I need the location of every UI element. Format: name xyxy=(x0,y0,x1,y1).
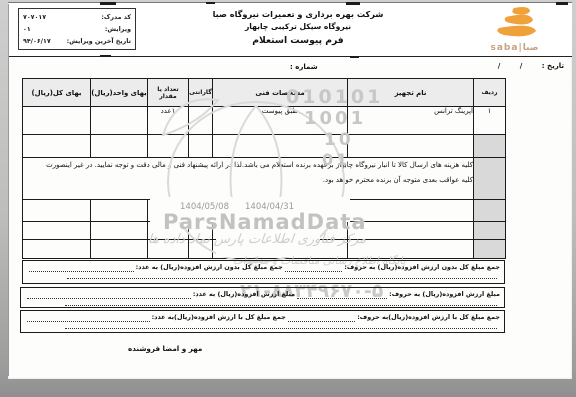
dotted-fill xyxy=(297,292,387,299)
scanned-inquiry-form: { "header": { "codes": { "doc_code_label… xyxy=(0,0,576,397)
note-line-1: کلیه هزینه های ارسال کالا تا انبار نیروگ… xyxy=(23,158,473,173)
dotted-fill xyxy=(65,300,497,306)
doc-codes-box: کد مدرک: ۷۰۷۰۱۷ ویرایش: ۰۱ تاریخ آخرین و… xyxy=(18,8,136,50)
scan-mark xyxy=(350,56,359,58)
item-row-number: ۱ xyxy=(474,107,506,135)
note-line-2: کلیه عواقب بعدی متوجه آن برنده محترم خوا… xyxy=(23,173,473,188)
col-row-number: ردیف xyxy=(474,79,506,107)
table-row xyxy=(23,135,506,158)
total-with-vat-words-label: جمع مبلغ کل با ارزش افزوده(ریال)به حروف: xyxy=(357,313,500,322)
scan-mark xyxy=(100,2,116,5)
table-row: ۱ اپرینگ ترانس طبق پیوست ۱عدد xyxy=(23,107,506,135)
doc-code-label: کد مدرک: xyxy=(101,12,131,24)
plant-name: نیروگاه سیکل ترکیبی چابهار xyxy=(148,22,448,31)
col-equipment-name: نام تجهیز xyxy=(348,79,474,107)
total-with-vat-box: جمع مبلغ کل با ارزش افزوده(ریال)به حروف:… xyxy=(20,310,505,333)
dotted-fill xyxy=(288,315,355,322)
item-tech-spec: طبق پیوست xyxy=(213,107,348,135)
item-total-price xyxy=(23,107,91,135)
total-without-vat-words-label: جمع مبلغ کل بدون ارزش افزوده(ریال) به حر… xyxy=(344,263,500,272)
saba-wordmark: saba|صبا xyxy=(467,43,562,53)
dotted-fill xyxy=(65,323,497,329)
item-equipment-name: اپرینگ ترانس xyxy=(348,107,474,135)
col-quantity: تعداد یا مقدار xyxy=(148,79,189,107)
revision-label: ویرایش: xyxy=(105,24,131,36)
dotted-fill xyxy=(29,265,134,272)
number-field: شماره : xyxy=(290,63,318,71)
table-header-row: ردیف نام تجهیز مشخصات فنی گارانتی تعداد … xyxy=(23,79,506,107)
scan-mark xyxy=(346,2,360,5)
seller-signature-label: مهر و امضا فروشنده xyxy=(128,344,202,353)
vat-digits-label: مبلغ ارزش افزوده(ریال) به عدد: xyxy=(193,290,295,299)
scan-edge-line xyxy=(8,4,9,376)
item-quantity: ۱عدد xyxy=(148,107,189,135)
dotted-fill xyxy=(67,273,497,279)
date-field: تاریخ : / / xyxy=(448,62,564,70)
items-table: ردیف نام تجهیز مشخصات فنی گارانتی تعداد … xyxy=(22,78,506,259)
doc-code-value: ۷۰۷۰۱۷ xyxy=(23,12,46,24)
col-unit-price: بهای واحد(ریال) xyxy=(91,79,148,107)
total-without-vat-box: جمع مبلغ کل بدون ارزش افزوده(ریال) به حر… xyxy=(22,260,505,284)
item-warranty xyxy=(189,107,213,135)
total-without-vat-digits-label: جمع مبلغ کل بدون ارزش افزوده(ریال) به عد… xyxy=(136,263,283,272)
col-tech-specs: مشخصات فنی xyxy=(213,79,348,107)
scan-mark xyxy=(206,2,215,4)
shipping-note: کلیه هزینه های ارسال کالا تا انبار نیروگ… xyxy=(23,158,474,200)
last-revision-value: ۹۴/۰۶/۱۷ xyxy=(23,36,51,48)
form-header: کد مدرک: ۷۰۷۰۱۷ ویرایش: ۰۱ تاریخ آخرین و… xyxy=(8,2,572,57)
col-total-price: بهای کل(ریال) xyxy=(23,79,91,107)
table-row xyxy=(23,240,506,259)
col-warranty: گارانتی xyxy=(189,79,213,107)
item-unit-price xyxy=(91,107,148,135)
dotted-fill xyxy=(27,315,150,322)
scan-mark xyxy=(556,2,568,5)
table-row xyxy=(23,200,506,222)
note-row: کلیه هزینه های ارسال کالا تا انبار نیروگ… xyxy=(23,158,506,200)
revision-value: ۰۱ xyxy=(23,24,31,36)
scan-mark xyxy=(100,55,111,57)
dotted-fill xyxy=(27,292,191,299)
last-revision-label: تاریخ آخرین ویرایش: xyxy=(67,36,131,48)
company-name: شرکت بهره برداری و تعمیرات نیروگاه صبا xyxy=(148,9,448,19)
header-titles: شرکت بهره برداری و تعمیرات نیروگاه صبا ن… xyxy=(148,6,448,46)
vat-words-label: مبلغ ارزش افزوده(ریال) به حروف: xyxy=(389,290,500,299)
total-with-vat-digits-label: جمع مبلغ کل با ارزش افزوده(ریال)به عدد: xyxy=(152,313,286,322)
form-title: فرم پیوست استعلام xyxy=(148,35,448,46)
dotted-fill xyxy=(285,265,343,272)
vat-amount-box: مبلغ ارزش افزوده(ریال) به حروف: مبلغ ارز… xyxy=(20,287,505,308)
table-row xyxy=(23,222,506,240)
saba-logo: saba|صبا xyxy=(467,5,562,56)
document-page: کد مدرک: ۷۰۷۰۱۷ ویرایش: ۰۱ تاریخ آخرین و… xyxy=(8,2,572,379)
